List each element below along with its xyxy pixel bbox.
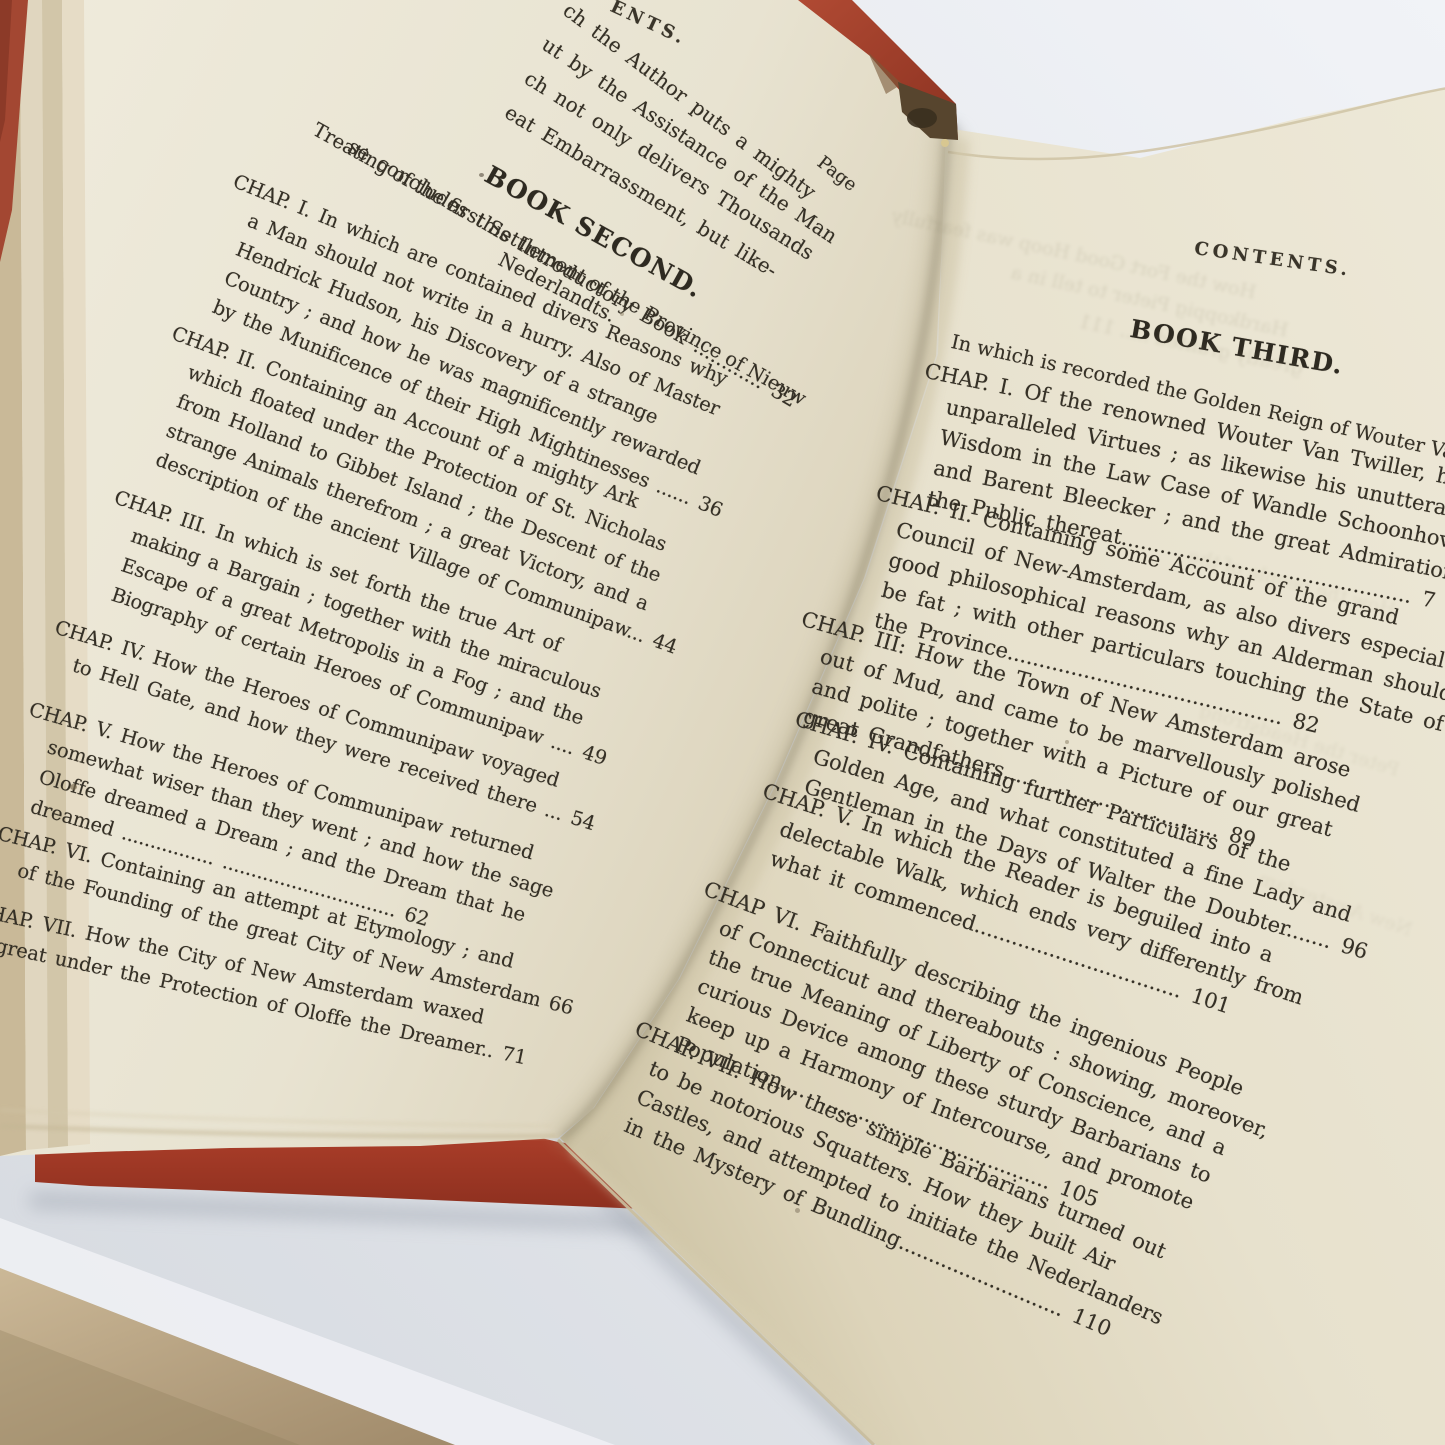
paper-speck [795,1208,800,1213]
paper-speck [70,784,77,790]
paper-speck [479,173,484,177]
gold-speck [941,139,949,147]
paper-speck [620,312,624,316]
book-photo: ENTS. Page ch the Author puts a mighty u… [0,0,1445,1445]
paper-speck [1065,740,1069,744]
